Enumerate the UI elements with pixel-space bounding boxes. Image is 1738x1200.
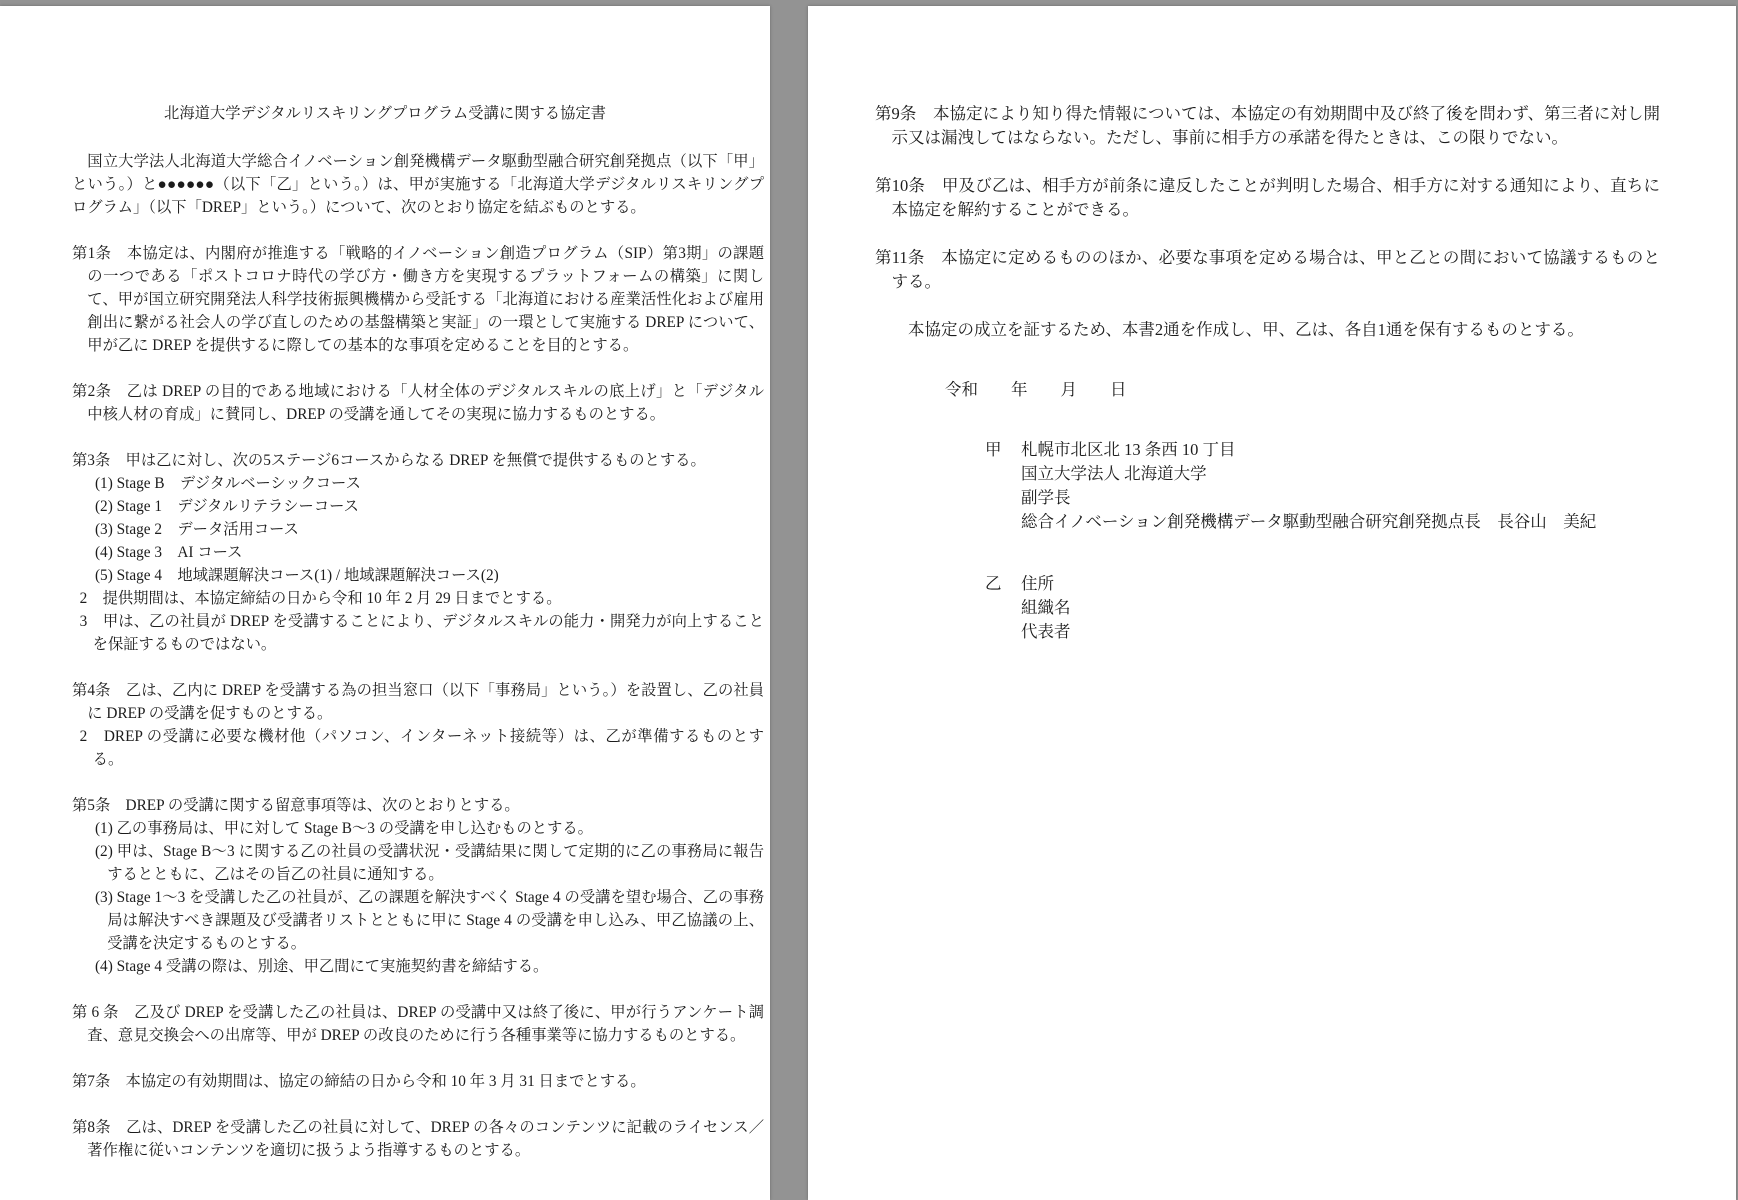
party-kou-title: 副学長 <box>1021 486 1596 510</box>
party-otsu-lines: 住所 組織名 代表者 <box>1021 572 1071 644</box>
page-2-content: 第9条 本協定により知り得た情報については、本協定の有効期間中及び終了後を問わず… <box>808 6 1736 644</box>
page-2: 第9条 本協定により知り得た情報については、本協定の有効期間中及び終了後を問わず… <box>808 6 1736 1200</box>
article-5-item-3: (3) Stage 1～3 を受講した乙の社員が、乙の課題を解決すべく Stag… <box>72 886 764 955</box>
stage-item-4: (4) Stage 3 AI コース <box>72 541 764 564</box>
article-1: 第1条 本協定は、内閣府が推進する「戦略的イノベーション創造プログラム（SIP）… <box>72 242 764 357</box>
party-otsu-block: 乙 住所 組織名 代表者 <box>985 572 1660 644</box>
stage-item-2: (2) Stage 1 デジタルリテラシーコース <box>72 495 764 518</box>
stage-item-3: (3) Stage 2 データ活用コース <box>72 518 764 541</box>
article-5: 第5条 DREP の受講に関する留意事項等は、次のとおりとする。 <box>72 794 764 817</box>
article-4: 第4条 乙は、乙内に DREP を受講する為の担当窓口（以下「事務局」という。）… <box>72 679 764 725</box>
page-1-content: 北海道大学デジタルリスキリングプログラム受講に関する協定書 国立大学法人北海道大… <box>0 6 770 1162</box>
document-title: 北海道大学デジタルリスキリングプログラム受講に関する協定書 <box>0 102 770 125</box>
party-kou-label: 甲 <box>985 438 1021 534</box>
article-11: 第11条 本協定に定めるもののほか、必要な事項を定める場合は、甲と乙との間におい… <box>875 246 1660 294</box>
party-kou-org: 国立大学法人 北海道大学 <box>1021 462 1596 486</box>
party-kou-address: 札幌市北区北 13 条西 10 丁目 <box>1021 438 1596 462</box>
article-4-para-2: 2 DREP の受講に必要な機材他（パソコン、インターネット接続等）は、乙が準備… <box>72 725 764 771</box>
article-5-item-4: (4) Stage 4 受講の際は、別途、甲乙間にて実施契約書を締結する。 <box>72 955 764 978</box>
party-kou-signer: 総合イノベーション創発機構データ駆動型融合研究創発拠点長 長谷山 美紀 <box>1021 510 1596 534</box>
article-8: 第8条 乙は、DREP を受講した乙の社員に対して、DREP の各々のコンテンツ… <box>72 1116 764 1162</box>
party-otsu-org: 組織名 <box>1021 596 1071 620</box>
party-kou-block: 甲 札幌市北区北 13 条西 10 丁目 国立大学法人 北海道大学 副学長 総合… <box>985 438 1660 534</box>
article-6: 第 6 条 乙及び DREP を受講した乙の社員は、DREP の受講中又は終了後… <box>72 1001 764 1047</box>
document-viewer-canvas: 北海道大学デジタルリスキリングプログラム受講に関する協定書 国立大学法人北海道大… <box>0 0 1738 1200</box>
article-5-item-2: (2) 甲は、Stage B～3 に関する乙の社員の受講状況・受講結果に関して定… <box>72 840 764 886</box>
closing-statement: 本協定の成立を証するため、本書2通を作成し、甲、乙は、各自1通を保有するものとす… <box>875 318 1660 342</box>
article-5-item-1: (1) 乙の事務局は、甲に対して Stage B～3 の受講を申し込むものとする… <box>72 817 764 840</box>
party-kou-lines: 札幌市北区北 13 条西 10 丁目 国立大学法人 北海道大学 副学長 総合イノ… <box>1021 438 1596 534</box>
page-1: 北海道大学デジタルリスキリングプログラム受講に関する協定書 国立大学法人北海道大… <box>0 6 770 1200</box>
article-9: 第9条 本協定により知り得た情報については、本協定の有効期間中及び終了後を問わず… <box>875 102 1660 150</box>
date-line: 令和 年 月 日 <box>945 378 1660 402</box>
article-3-para-2: 2 提供期間は、本協定締結の日から令和 10 年 2 月 29 日までとする。 <box>72 587 764 610</box>
stage-item-5: (5) Stage 4 地域課題解決コース(1) / 地域課題解決コース(2) <box>72 564 764 587</box>
article-7: 第7条 本協定の有効期間は、協定の締結の日から令和 10 年 3 月 31 日ま… <box>72 1070 764 1093</box>
party-otsu-rep: 代表者 <box>1021 620 1071 644</box>
stage-item-1: (1) Stage B デジタルベーシックコース <box>72 472 764 495</box>
intro-paragraph: 国立大学法人北海道大学総合イノベーション創発機構データ駆動型融合研究創発拠点（以… <box>72 150 764 219</box>
article-2: 第2条 乙は DREP の目的である地域における「人材全体のデジタルスキルの底上… <box>72 380 764 426</box>
party-otsu-address: 住所 <box>1021 572 1071 596</box>
article-10: 第10条 甲及び乙は、相手方が前条に違反したことが判明した場合、相手方に対する通… <box>875 174 1660 222</box>
article-3: 第3条 甲は乙に対し、次の5ステージ6コースからなる DREP を無償で提供する… <box>72 449 764 472</box>
article-3-para-3: 3 甲は、乙の社員が DREP を受講することにより、デジタルスキルの能力・開発… <box>72 610 764 656</box>
party-otsu-label: 乙 <box>985 572 1021 644</box>
